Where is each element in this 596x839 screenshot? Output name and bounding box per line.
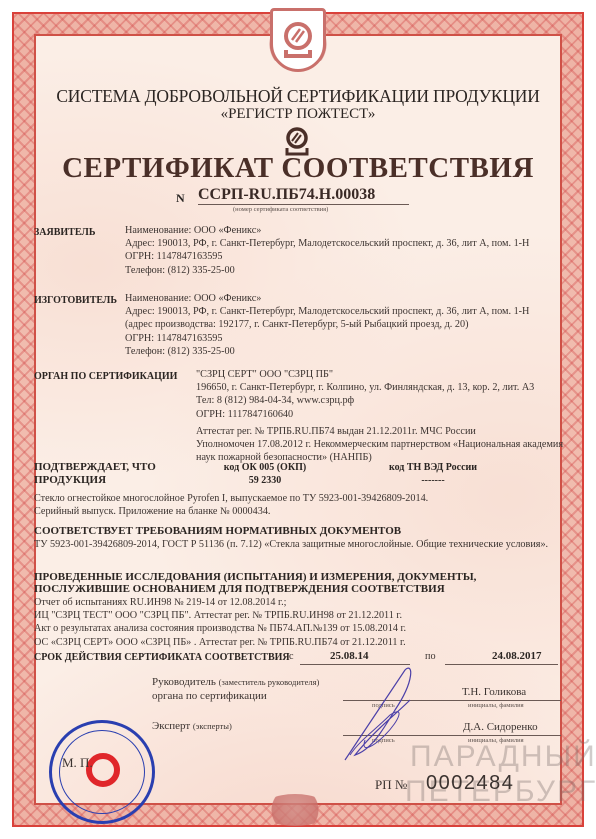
okp-code-label: код ОК 005 (ОКП) [210,462,320,473]
compliance-text: ТУ 5923-001-39426809-2014, ГОСТ Р 51136 … [34,538,548,551]
certification-body-line: ОГРН: 1117847160640 [196,408,563,421]
manufacturer-label: ИЗГОТОВИТЕЛЬ [34,295,117,306]
head-name: Т.Н. Голикова [462,686,526,699]
validity-to-prefix: по [425,650,436,663]
product-description-line: Стекло огнестойкое многослойное Pyrofen … [34,492,428,505]
system-name-line2: «РЕГИСТР ПОЖТЕСТ» [0,106,596,123]
applicant-line: Адрес: 190013, РФ, г. Санкт-Петербург, М… [125,237,529,250]
head-label: Руководитель (заместитель руководителя) [152,676,319,689]
certificate-number: ССРП-RU.ПБ74.Н.00038 [198,186,409,205]
tnved-code-label: код ТН ВЭД России [378,462,488,473]
certification-body-line: Тел: 8 (812) 984-04-34, www.сзрц.рф [196,394,563,407]
validity-label: СРОК ДЕЙСТВИЯ СЕРТИФИКАТА СООТВЕТСТВИЯ [34,652,290,663]
bottom-rosette [260,794,330,826]
applicant-line: Наименование: ООО «Феникс» [125,224,529,237]
system-name-line1: СИСТЕМА ДОБРОВОЛЬНОЙ СЕРТИФИКАЦИИ ПРОДУК… [0,86,596,107]
applicant-line: ОГРН: 1147847163595 [125,250,529,263]
certification-body-line: "СЗРЦ СЕРТ" ООО "СЗРЦ ПБ" [196,368,563,381]
certification-body-details: "СЗРЦ СЕРТ" ООО "СЗРЦ ПБ" 196650, г. Сан… [196,368,563,464]
validity-to-date: 24.08.2017 [492,650,542,662]
basis-line: Акт о результатах анализа состояния прои… [34,622,406,635]
validity-to-underline [445,664,558,665]
watermark-line1: ПАРАДНЫЙ [410,740,596,774]
basis-heading-line1: ПРОВЕДЕННЫЕ ИССЛЕДОВАНИЯ (ИСПЫТАНИЯ) И И… [34,571,476,583]
manufacturer-line: (адрес производства: 192177, г. Санкт-Пе… [125,318,529,331]
manufacturer-line: Наименование: ООО «Феникс» [125,292,529,305]
tnved-code-value: ------- [378,475,488,486]
basis-line: ИЦ "СЗРЦ ТЕСТ" ООО "СЗРЦ ПБ". Аттестат р… [34,609,406,622]
applicant-line: Телефон: (812) 335-25-00 [125,264,529,277]
head-label-text: Руководитель [152,676,216,688]
expert-name: Д.А. Сидоренко [463,721,538,734]
certificate-number-caption: (номер сертификата соответствия) [233,206,328,213]
certificate-number-prefix: N [176,191,185,206]
official-stamp [49,720,155,824]
form-number-value: 0002484 [426,772,514,795]
manufacturer-line: Адрес: 190013, РФ, г. Санкт-Петербург, М… [125,305,529,318]
expert-label: Эксперт (эксперты) [152,720,232,733]
product-description-line: Серийный выпуск. Приложение на бланке № … [34,505,428,518]
applicant-label: ЗАЯВИТЕЛЬ [34,227,95,238]
expert-label-note: (эксперты) [193,721,232,731]
head-label-line2: органа по сертификации [152,690,267,703]
head-label-note: (заместитель руководителя) [219,677,320,687]
product-description: Стекло огнестойкое многослойное Pyrofen … [34,492,428,518]
basis-documents: Отчет об испытаниях RU.ИН98 № 219-14 от … [34,596,406,649]
product-label-line2: ПРОДУКЦИЯ [34,474,106,486]
head-name-caption: инициалы, фамилия [468,702,524,709]
expert-label-text: Эксперт [152,720,190,732]
manufacturer-details: Наименование: ООО «Феникс» Адрес: 190013… [125,292,529,358]
applicant-details: Наименование: ООО «Феникс» Адрес: 190013… [125,224,529,277]
basis-line: Отчет об испытаниях RU.ИН98 № 219-14 от … [34,596,406,609]
certification-body-line: Аттестат рег. № ТРПБ.RU.ПБ74 выдан 21.12… [196,425,563,438]
manufacturer-line: ОГРН: 1147847163595 [125,332,529,345]
product-label-line1: ПОДТВЕРЖДАЕТ, ЧТО [34,461,156,473]
stamp-label: М. П. [62,756,93,769]
certificate-title: СЕРТИФИКАТ СООТВЕТСТВИЯ [0,152,596,185]
registr-pozhtest-logo-icon [270,8,326,72]
okp-code-value: 59 2330 [210,475,320,486]
validity-from-prefix: с [289,650,294,663]
certification-body-line: 196650, г. Санкт-Петербург, г. Колпино, … [196,381,563,394]
form-number-prefix: РП № [375,778,407,791]
basis-heading-line2: ПОСЛУЖИВШИЕ ОСНОВАНИЕМ ДЛЯ ПОДТВЕРЖДЕНИЯ… [34,583,445,595]
certification-body-line: Уполномочен 17.08.2012 г. Некоммерческим… [196,438,563,451]
certification-body-label: ОРГАН ПО СЕРТИФИКАЦИИ [34,371,177,382]
compliance-heading: СООТВЕТСТВУЕТ ТРЕБОВАНИЯМ НОРМАТИВНЫХ ДО… [34,525,401,537]
manufacturer-line: Телефон: (812) 335-25-00 [125,345,529,358]
basis-line: ОС «СЗРЦ СЕРТ» ООО «СЗРЦ ПБ» . Аттестат … [34,636,406,649]
